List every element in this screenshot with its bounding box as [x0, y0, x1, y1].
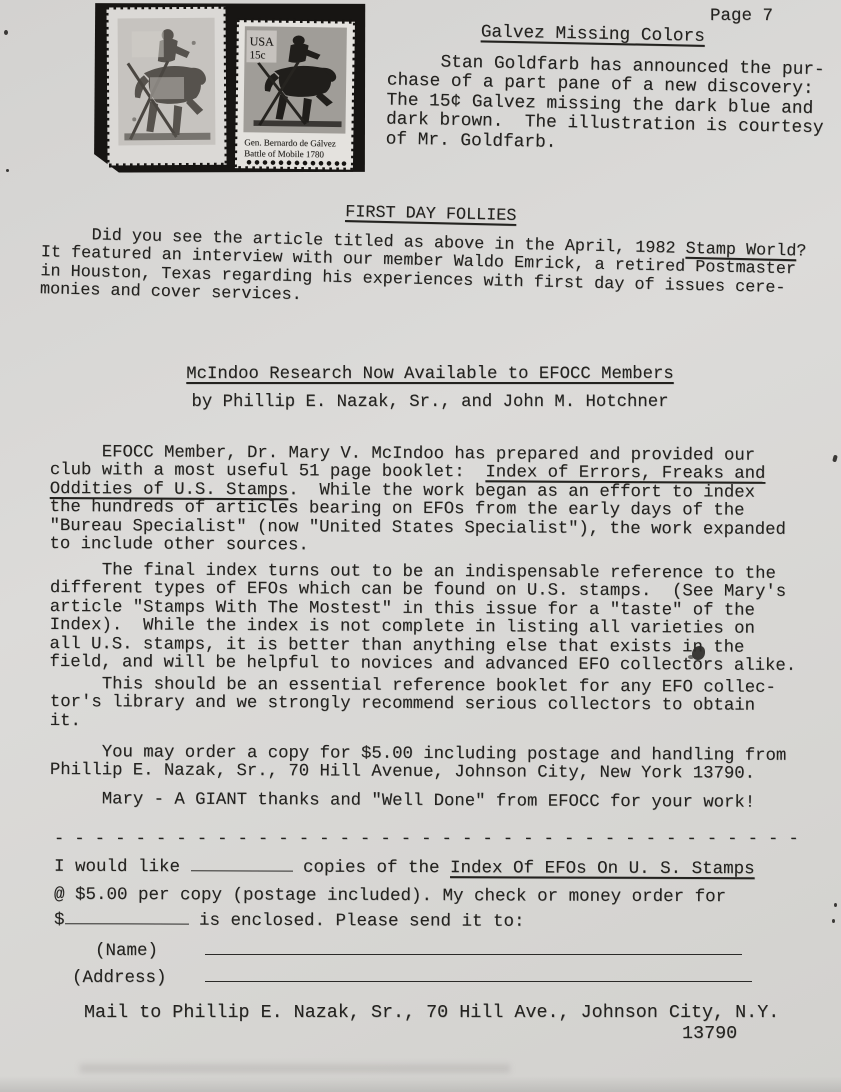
address-label: (Address): [72, 968, 167, 988]
order-form-line-2: @ $5.00 per copy (postage included). My …: [54, 885, 726, 907]
mcindoo-article-title: McIndoo Research Now Available to EFOCC …: [50, 366, 810, 385]
amount-blank-field: [65, 910, 189, 924]
scan-speck: [4, 30, 8, 35]
scan-speck: [832, 455, 838, 463]
galvez-stamps-photo: USA 15c Gen. Bernardo de Gálvez Battle o…: [89, 0, 370, 183]
order-form-line-1: I would like copies of the Index Of EFOs…: [54, 857, 755, 879]
order-form-line-3: $ is enclosed. Please send it to:: [54, 910, 525, 932]
faint-scan-smudge: [80, 1064, 510, 1073]
galvez-article-body: Stan Goldfarb has announced the pur- cha…: [385, 52, 839, 159]
underlined-index-title: Index Of EFOs On U. S. Stamps: [450, 858, 755, 879]
mcindoo-article-heading: McIndoo Research Now Available to EFOCC …: [50, 366, 810, 412]
page-number: Page 7: [710, 6, 773, 26]
stamp-caption-line1: Gen. Bernardo de Gálvez: [244, 137, 336, 148]
mail-to-zip: 13790: [682, 1023, 737, 1044]
mcindoo-paragraph-1: EFOCC Member, Dr. Mary V. McIndoo has pr…: [49, 444, 812, 558]
stamp-caption-line2: Battle of Mobile 1780: [244, 148, 324, 159]
name-blank-line: [205, 942, 742, 955]
first-day-follies-article: FIRST DAY FOLLIES Did you see the articl…: [40, 197, 820, 317]
mcindoo-article-byline: by Phillip E. Nazak, Sr., and John M. Ho…: [50, 394, 810, 413]
galvez-article: Galvez Missing Colors Stan Goldfarb has …: [385, 21, 839, 159]
copies-blank-field: [191, 857, 293, 871]
scan-speck: [834, 903, 837, 907]
cut-line-divider: - - - - - - - - - - - - - - - - - - - - …: [54, 830, 799, 849]
scan-speck: [832, 919, 835, 923]
stamp-normal: USA 15c Gen. Bernardo de Gálvez Battle o…: [235, 20, 355, 170]
scan-speck: [6, 169, 9, 172]
stamp-denomination-label: 15c: [249, 49, 265, 61]
mcindoo-paragraph-3: This should be an essential reference bo…: [50, 676, 812, 735]
stamp-country-label: USA: [250, 34, 275, 48]
address-row: (Address): [72, 968, 752, 988]
mcindoo-paragraph-4: You may order a copy for $5.00 including…: [50, 744, 812, 785]
address-blank-line: [205, 969, 752, 982]
stamps-illustration: USA 15c Gen. Bernardo de Gálvez Battle o…: [89, 0, 369, 178]
name-row: (Name): [95, 941, 742, 961]
name-label: (Name): [95, 941, 158, 961]
mcindoo-paragraph-5: Mary - A GIANT thanks and "Well Done" fr…: [50, 791, 812, 813]
follies-article-body: Did you see the article titled as above …: [40, 226, 819, 316]
newsletter-page: Page 7: [0, 0, 841, 1092]
mail-to-line: Mail to Phillip E. Nazak, Sr., 70 Hill A…: [84, 1002, 779, 1023]
stamp-missing-colors: [106, 7, 226, 166]
